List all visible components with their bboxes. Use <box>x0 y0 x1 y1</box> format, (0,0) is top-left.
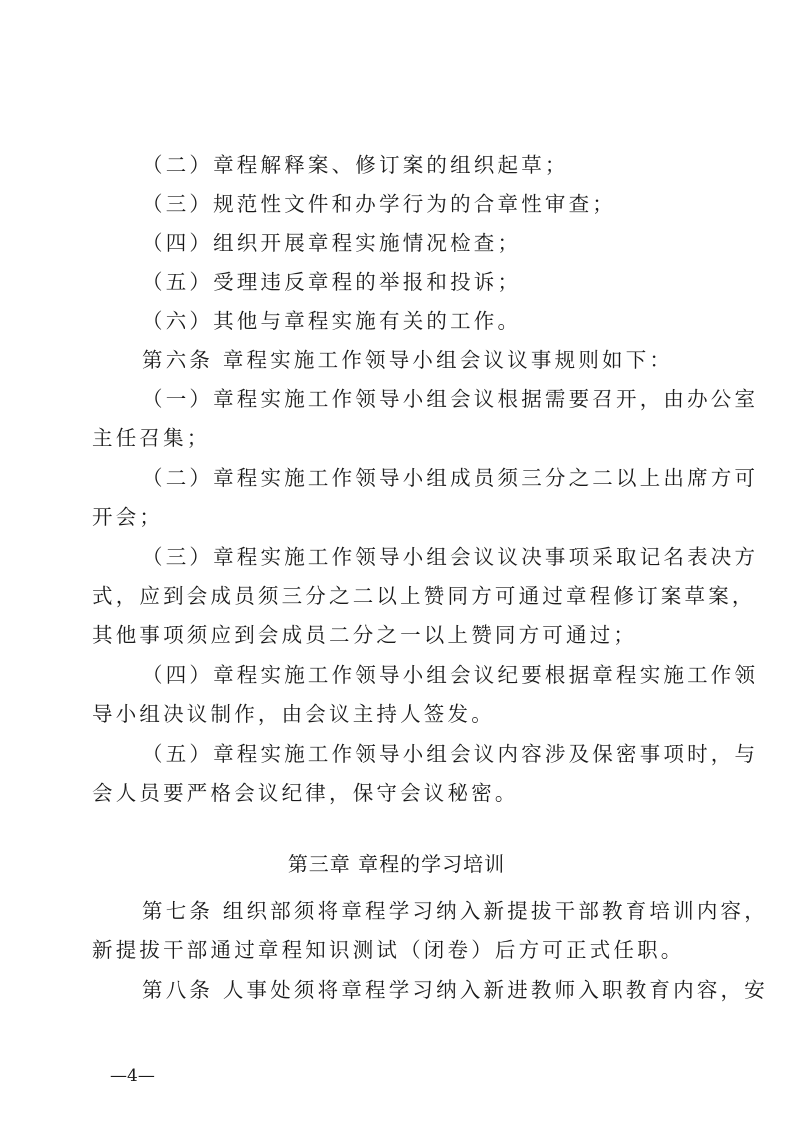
article-6-item-3-line-1: （三）章程实施工作领导小组会议议决事项采取记名表决方 <box>142 543 742 571</box>
article-6-item-2-line-2: 开会； <box>92 503 692 531</box>
article-6-item-1-line-1: （一）章程实施工作领导小组会议根据需要召开，由办公室 <box>142 385 742 413</box>
document-page: （二）章程解释案、修订案的组织起草； （三）规范性文件和办学行为的合章性审查； … <box>0 0 793 1122</box>
clause-2-2: （二）章程解释案、修订案的组织起草； <box>142 151 742 179</box>
article-7-line-2: 新提拔干部通过章程知识测试（闭卷）后方可正式任职。 <box>92 936 692 964</box>
article-6-item-1-line-2: 主任召集； <box>92 424 692 452</box>
article-6-item-2-line-1: （二）章程实施工作领导小组成员须三分之二以上出席方可 <box>142 464 742 492</box>
page-number: —4— <box>110 1064 155 1088</box>
article-8-line-1: 第八条 人事处须将章程学习纳入新进教师入职教育内容，安 <box>142 976 742 1004</box>
article-7-line-1: 第七条 组织部须将章程学习纳入新提拔干部教育培训内容， <box>142 897 742 925</box>
clause-2-5: （五）受理违反章程的举报和投诉； <box>142 268 742 296</box>
article-6-item-3-line-2: 式，应到会成员须三分之二以上赞同方可通过章程修订案草案， <box>92 582 692 610</box>
chapter-heading: 第三章 章程的学习培训 <box>0 850 793 878</box>
clause-2-3: （三）规范性文件和办学行为的合章性审查； <box>142 190 742 218</box>
article-6-item-4-line-1: （四）章程实施工作领导小组会议纪要根据章程实施工作领 <box>142 661 742 689</box>
clause-2-4: （四）组织开展章程实施情况检查； <box>142 229 742 257</box>
article-6-item-3-line-3: 其他事项须应到会成员二分之一以上赞同方可通过； <box>92 621 692 649</box>
article-6-item-4-line-2: 导小组决议制作，由会议主持人签发。 <box>92 700 692 728</box>
article-6-item-5-line-2: 会人员要严格会议纪律，保守会议秘密。 <box>92 779 692 807</box>
article-6-title: 第六条 章程实施工作领导小组会议议事规则如下： <box>142 346 742 374</box>
article-6-item-5-line-1: （五）章程实施工作领导小组会议内容涉及保密事项时，与 <box>142 740 742 768</box>
clause-2-6: （六）其他与章程实施有关的工作。 <box>142 307 742 335</box>
